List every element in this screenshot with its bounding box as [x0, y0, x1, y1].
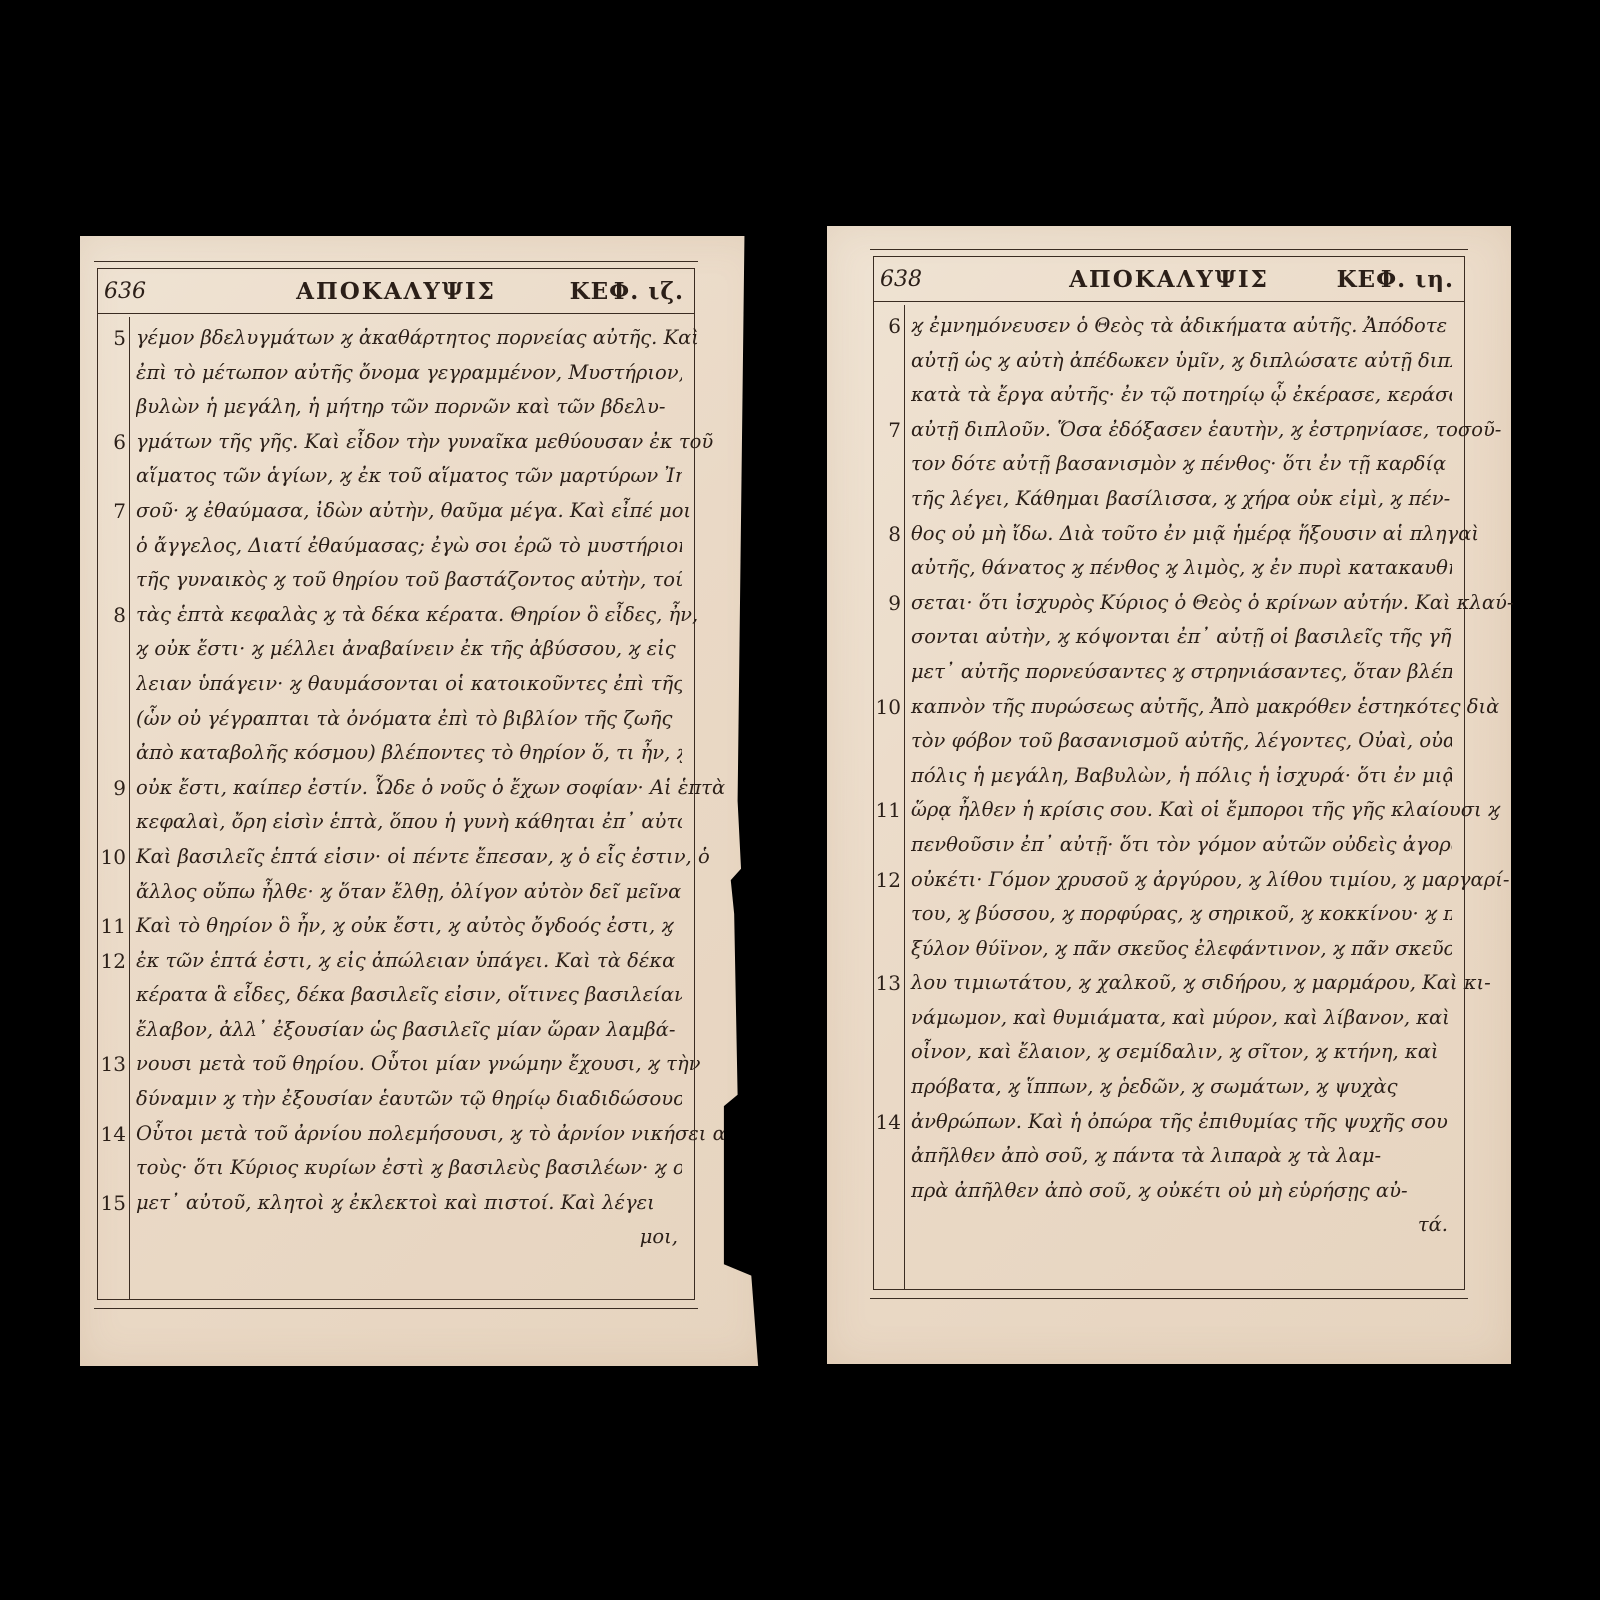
verse-number: 8 — [875, 517, 901, 552]
text-line: ἔλαβον, ἀλλ᾽ ἐξουσίαν ὡς βασιλεῖς μίαν ὥ… — [136, 1013, 682, 1048]
line-text: ὥρᾳ ἦλθεν ἡ κρίσις σου. Καὶ οἱ ἔμποροι τ… — [911, 798, 1500, 821]
text-line: 7αὐτῇ διπλοῦν. Ὅσα ἐδόξασεν ἑαυτὴν, ϗ ἐσ… — [911, 413, 1452, 448]
text-block: 6ϗ ἐμνημόνευσεν ὁ Θεὸς τὰ ἀδικήματα αὐτῆ… — [911, 309, 1452, 1243]
text-line: ἀπὸ καταβολῆς κόσμου) βλέποντες τὸ θηρίο… — [136, 736, 682, 771]
line-text: οὐκέτι· Γόμον χρυσοῦ ϗ ἀργύρου, ϗ λίθου … — [911, 868, 1509, 891]
top-rule — [870, 249, 1468, 250]
text-line: τον δότε αὐτῇ βασανισμὸν ϗ πένθος· ὅτι ἐ… — [911, 447, 1452, 482]
right-page: 638 ΑΠΟΚΑΛΥΨΙΣ ΚΕΦ. ιη. 6ϗ ἐμνημόνευσεν … — [827, 226, 1511, 1364]
text-block: 5γέμον βδελυγμάτων ϗ ἀκαθάρτητος πορνεία… — [136, 321, 682, 1255]
top-rule — [94, 261, 698, 262]
line-text: καπνὸν τῆς πυρώσεως αὐτῆς, Ἀπὸ μακρόθεν … — [911, 695, 1499, 718]
line-text: λου τιμιωτάτου, ϗ χαλκοῦ, ϗ σιδήρου, ϗ μ… — [911, 971, 1491, 994]
text-line: βυλὼν ἡ μεγάλη, ἡ μήτηρ τῶν πορνῶν καὶ τ… — [136, 390, 682, 425]
header-rule — [98, 313, 694, 314]
line-text: κέρατα ἃ εἶδες, δέκα βασιλεῖς εἰσιν, οἵτ… — [136, 983, 682, 1006]
line-text: του, ϗ βύσσου, ϗ πορφύρας, ϗ σηρικοῦ, ϗ … — [911, 902, 1452, 925]
text-line: 9σεται· ὅτι ἰσχυρὸς Κύριος ὁ Θεὸς ὁ κρίν… — [911, 586, 1452, 621]
line-text: πενθοῦσιν ἐπ᾽ αὐτῇ· ὅτι τὸν γόμον αὐτῶν … — [911, 833, 1452, 856]
text-line: 13νουσι μετὰ τοῦ θηρίου. Οὗτοι μίαν γνώμ… — [136, 1047, 682, 1082]
text-line: ἐπὶ τὸ μέτωπον αὐτῆς ὄνομα γεγραμμένον, … — [136, 356, 682, 391]
text-line: οἶνον, καὶ ἔλαιον, ϗ σεμίδαλιν, ϗ σῖτον,… — [911, 1035, 1452, 1070]
line-text: (ὧν οὐ γέγραπται τὰ ὀνόματα ἐπὶ τὸ βιβλί… — [136, 707, 672, 730]
line-text: μετ᾽ αὐτῆς πορνεύσαντες ϗ στρηνιάσαντες,… — [911, 660, 1452, 683]
page-frame: 636 ΑΠΟΚΑΛΥΨΙΣ ΚΕΦ. ιζ. 5γέμον βδελυγμάτ… — [97, 268, 695, 1300]
line-text: σεται· ὅτι ἰσχυρὸς Κύριος ὁ Θεὸς ὁ κρίνω… — [911, 591, 1513, 614]
line-text: ἀπῆλθεν ἀπὸ σοῦ, ϗ πάντα τὰ λιπαρὰ ϗ τὰ … — [911, 1144, 1381, 1167]
line-text: αὐτῆς, θάνατος ϗ πένθος ϗ λιμὸς, ϗ ἐν πυ… — [911, 556, 1452, 579]
text-line: κατὰ τὰ ἔργα αὐτῆς· ἐν τῷ ποτηρίῳ ᾧ ἐκέρ… — [911, 378, 1452, 413]
header-rule — [874, 301, 1464, 302]
running-head: 636 ΑΠΟΚΑΛΥΨΙΣ ΚΕΦ. ιζ. — [98, 273, 694, 309]
line-text: νάμωμον, καὶ θυμιάματα, καὶ μύρον, καὶ λ… — [911, 1006, 1450, 1029]
text-line: 14Οὗτοι μετὰ τοῦ ἀρνίου πολεμήσουσι, ϗ τ… — [136, 1117, 682, 1152]
text-line: 12οὐκέτι· Γόμον χρυσοῦ ϗ ἀργύρου, ϗ λίθο… — [911, 863, 1452, 898]
line-text: κατὰ τὰ ἔργα αὐτῆς· ἐν τῷ ποτηρίῳ ᾧ ἐκέρ… — [911, 383, 1452, 406]
line-text: αἵματος τῶν ἁγίων, ϗ ἐκ τοῦ αἵματος τῶν … — [136, 464, 682, 487]
line-text: δύναμιν ϗ τὴν ἐξουσίαν ἑαυτῶν τῷ θηρίῳ δ… — [136, 1087, 682, 1110]
text-line: 15μετ᾽ αὐτοῦ, κλητοὶ ϗ ἐκλεκτοὶ καὶ πιστ… — [136, 1186, 682, 1221]
verse-number: 7 — [875, 413, 901, 448]
text-line: ξύλον θύϊνον, ϗ πᾶν σκεῦος ἐλεφάντινον, … — [911, 932, 1452, 967]
text-line: τὸν φόβον τοῦ βασανισμοῦ αὐτῆς, λέγοντες… — [911, 724, 1452, 759]
line-text: σοῦ· ϗ ἐθαύμασα, ἰδὼν αὐτὴν, θαῦμα μέγα.… — [136, 499, 691, 522]
verse-number: 14 — [100, 1117, 126, 1152]
text-line: 8τὰς ἑπτὰ κεφαλὰς ϗ τὰ δέκα κέρατα. Θηρί… — [136, 598, 682, 633]
line-text: κεφαλαὶ, ὄρη εἰσὶν ἑπτὰ, ὅπου ἡ γυνὴ κάθ… — [136, 810, 682, 833]
line-text: ἀνθρώπων. Καὶ ἡ ὀπώρα τῆς ἐπιθυμίας τῆς … — [911, 1110, 1448, 1133]
chapter-label: ΚΕΦ. ιζ. — [570, 278, 684, 305]
verse-number: 13 — [875, 966, 901, 1001]
line-text: ὁ ἄγγελος, Διατί ἐθαύμασας; ἐγὼ σοι ἐρῶ … — [136, 534, 682, 557]
line-text: Καὶ βασιλεῖς ἑπτά εἰσιν· οἱ πέντε ἔπεσαν… — [136, 845, 710, 868]
text-line: κεφαλαὶ, ὄρη εἰσὶν ἑπτὰ, ὅπου ἡ γυνὴ κάθ… — [136, 805, 682, 840]
line-text: τὸν φόβον τοῦ βασανισμοῦ αὐτῆς, λέγοντες… — [911, 729, 1452, 752]
line-text: τοὺς· ὅτι Κύριος κυρίων ἐστὶ ϗ βασιλεὺς … — [136, 1156, 682, 1179]
line-text: πρὰ ἀπῆλθεν ἀπὸ σοῦ, ϗ οὐκέτι οὐ μὴ εὑρή… — [911, 1179, 1408, 1202]
verse-number: 13 — [100, 1047, 126, 1082]
text-line: λειαν ὑπάγειν· ϗ θαυμάσονται οἱ κατοικοῦ… — [136, 667, 682, 702]
verse-number: 9 — [100, 771, 126, 806]
line-text: πόλις ἡ μεγάλη, Βαβυλὼν, ἡ πόλις ἡ ἰσχυρ… — [911, 764, 1452, 787]
verse-column-rule — [904, 305, 905, 1289]
verse-number: 12 — [875, 863, 901, 898]
text-line: 7σοῦ· ϗ ἐθαύμασα, ἰδὼν αὐτὴν, θαῦμα μέγα… — [136, 494, 682, 529]
text-line: 12ἐκ τῶν ἑπτά ἐστι, ϗ εἰς ἀπώλειαν ὑπάγε… — [136, 944, 682, 979]
verse-number: 10 — [100, 840, 126, 875]
line-text: τῆς λέγει, Κάθημαι βασίλισσα, ϗ χήρα οὐκ… — [911, 487, 1450, 510]
line-text: οἶνον, καὶ ἔλαιον, ϗ σεμίδαλιν, ϗ σῖτον,… — [911, 1040, 1439, 1063]
line-text: ξύλον θύϊνον, ϗ πᾶν σκεῦος ἐλεφάντινον, … — [911, 937, 1452, 960]
line-text: οὐκ ἔστι, καίπερ ἐστίν. Ὧδε ὁ νοῦς ὁ ἔχω… — [136, 776, 725, 799]
verse-number: 9 — [875, 586, 901, 621]
line-text: μετ᾽ αὐτοῦ, κλητοὶ ϗ ἐκλεκτοὶ καὶ πιστοί… — [136, 1191, 655, 1214]
line-text: θος οὐ μὴ ἴδω. Διὰ τοῦτο ἐν μιᾷ ἡμέρᾳ ἥξ… — [911, 522, 1479, 545]
text-line: του, ϗ βύσσου, ϗ πορφύρας, ϗ σηρικοῦ, ϗ … — [911, 897, 1452, 932]
verse-number: 8 — [100, 598, 126, 633]
text-line: πρόβατα, ϗ ἵππων, ϗ ῥεδῶν, ϗ σωμάτων, ϗ … — [911, 1070, 1452, 1105]
page-frame: 638 ΑΠΟΚΑΛΥΨΙΣ ΚΕΦ. ιη. 6ϗ ἐμνημόνευσεν … — [873, 256, 1465, 1290]
text-line: 11ὥρᾳ ἦλθεν ἡ κρίσις σου. Καὶ οἱ ἔμποροι… — [911, 793, 1452, 828]
text-line: ἄλλος οὔπω ἦλθε· ϗ ὅταν ἔλθῃ, ὀλίγον αὐτ… — [136, 875, 682, 910]
text-line: αὐτῆς, θάνατος ϗ πένθος ϗ λιμὸς, ϗ ἐν πυ… — [911, 551, 1452, 586]
line-text: γέμον βδελυγμάτων ϗ ἀκαθάρτητος πορνείας… — [136, 326, 699, 349]
line-text: ἀπὸ καταβολῆς κόσμου) βλέποντες τὸ θηρίο… — [136, 741, 682, 764]
text-line: πόλις ἡ μεγάλη, Βαβυλὼν, ἡ πόλις ἡ ἰσχυρ… — [911, 759, 1452, 794]
text-line: 13λου τιμιωτάτου, ϗ χαλκοῦ, ϗ σιδήρου, ϗ… — [911, 966, 1452, 1001]
bottom-rule — [870, 1298, 1468, 1299]
text-line: 5γέμον βδελυγμάτων ϗ ἀκαθάρτητος πορνεία… — [136, 321, 682, 356]
text-line: ϗ οὐκ ἔστι· ϗ μέλλει ἀναβαίνειν ἐκ τῆς ἀ… — [136, 632, 682, 667]
line-text: γμάτων τῆς γῆς. Καὶ εἶδον τὴν γυναῖκα με… — [136, 430, 713, 453]
verse-number: 7 — [100, 494, 126, 529]
text-line: πρὰ ἀπῆλθεν ἀπὸ σοῦ, ϗ οὐκέτι οὐ μὴ εὑρή… — [911, 1174, 1452, 1209]
line-text: τον δότε αὐτῇ βασανισμὸν ϗ πένθος· ὅτι ἐ… — [911, 452, 1452, 475]
line-text: ἄλλος οὔπω ἦλθε· ϗ ὅταν ἔλθῃ, ὀλίγον αὐτ… — [136, 880, 682, 903]
bottom-rule — [94, 1308, 698, 1309]
text-line: μετ᾽ αὐτῆς πορνεύσαντες ϗ στρηνιάσαντες,… — [911, 655, 1452, 690]
line-text: ϗ οὐκ ἔστι· ϗ μέλλει ἀναβαίνειν ἐκ τῆς ἀ… — [136, 637, 682, 660]
verse-number: 10 — [875, 690, 901, 725]
running-head: 638 ΑΠΟΚΑΛΥΨΙΣ ΚΕΦ. ιη. — [874, 261, 1464, 297]
verse-number: 15 — [100, 1186, 126, 1221]
verse-number: 14 — [875, 1105, 901, 1140]
text-line: αἵματος τῶν ἁγίων, ϗ ἐκ τοῦ αἵματος τῶν … — [136, 459, 682, 494]
line-text: τὰς ἑπτὰ κεφαλὰς ϗ τὰ δέκα κέρατα. Θηρίο… — [136, 603, 698, 626]
text-line: ὁ ἄγγελος, Διατί ἐθαύμασας; ἐγὼ σοι ἐρῶ … — [136, 529, 682, 564]
catchword: τά. — [911, 1208, 1452, 1243]
text-line: 9οὐκ ἔστι, καίπερ ἐστίν. Ὧδε ὁ νοῦς ὁ ἔχ… — [136, 771, 682, 806]
line-text: ἔλαβον, ἀλλ᾽ ἐξουσίαν ὡς βασιλεῖς μίαν ὥ… — [136, 1018, 675, 1041]
text-line: (ὧν οὐ γέγραπται τὰ ὀνόματα ἐπὶ τὸ βιβλί… — [136, 702, 682, 737]
text-line: νάμωμον, καὶ θυμιάματα, καὶ μύρον, καὶ λ… — [911, 1001, 1452, 1036]
text-line: 6γμάτων τῆς γῆς. Καὶ εἶδον τὴν γυναῖκα μ… — [136, 425, 682, 460]
text-line: κέρατα ἃ εἶδες, δέκα βασιλεῖς εἰσιν, οἵτ… — [136, 978, 682, 1013]
left-page: 636 ΑΠΟΚΑΛΥΨΙΣ ΚΕΦ. ιζ. 5γέμον βδελυγμάτ… — [80, 236, 765, 1366]
text-line: αὐτῇ ὡς ϗ αὐτὴ ἀπέδωκεν ὑμῖν, ϗ διπλώσατ… — [911, 344, 1452, 379]
text-line: 8θος οὐ μὴ ἴδω. Διὰ τοῦτο ἐν μιᾷ ἡμέρᾳ ἥ… — [911, 517, 1452, 552]
line-text: Οὗτοι μετὰ τοῦ ἀρνίου πολεμήσουσι, ϗ τὸ … — [136, 1122, 744, 1145]
text-line: 10καπνὸν τῆς πυρώσεως αὐτῆς, Ἀπὸ μακρόθε… — [911, 690, 1452, 725]
line-text: λειαν ὑπάγειν· ϗ θαυμάσονται οἱ κατοικοῦ… — [136, 672, 682, 695]
line-text: σονται αὐτὴν, ϗ κόψονται ἐπ᾽ αὐτῇ οἱ βασ… — [911, 625, 1452, 648]
text-line: τοὺς· ὅτι Κύριος κυρίων ἐστὶ ϗ βασιλεὺς … — [136, 1151, 682, 1186]
text-line: ἀπῆλθεν ἀπὸ σοῦ, ϗ πάντα τὰ λιπαρὰ ϗ τὰ … — [911, 1139, 1452, 1174]
line-text: ἐπὶ τὸ μέτωπον αὐτῆς ὄνομα γεγραμμένον, … — [136, 361, 682, 384]
line-text: αὐτῇ διπλοῦν. Ὅσα ἐδόξασεν ἑαυτὴν, ϗ ἐστ… — [911, 418, 1501, 441]
verse-number: 11 — [875, 793, 901, 828]
text-line: τῆς λέγει, Κάθημαι βασίλισσα, ϗ χήρα οὐκ… — [911, 482, 1452, 517]
line-text: νουσι μετὰ τοῦ θηρίου. Οὗτοι μίαν γνώμην… — [136, 1052, 700, 1075]
text-line: δύναμιν ϗ τὴν ἐξουσίαν ἑαυτῶν τῷ θηρίῳ δ… — [136, 1082, 682, 1117]
text-line: 6ϗ ἐμνημόνευσεν ὁ Θεὸς τὰ ἀδικήματα αὐτῆ… — [911, 309, 1452, 344]
verse-number: 6 — [875, 309, 901, 344]
text-line: 10Καὶ βασιλεῖς ἑπτά εἰσιν· οἱ πέντε ἔπεσ… — [136, 840, 682, 875]
line-text: ἐκ τῶν ἑπτά ἐστι, ϗ εἰς ἀπώλειαν ὑπάγει.… — [136, 949, 675, 972]
text-line: πενθοῦσιν ἐπ᾽ αὐτῇ· ὅτι τὸν γόμον αὐτῶν … — [911, 828, 1452, 863]
chapter-label: ΚΕΦ. ιη. — [1337, 266, 1454, 293]
text-line: σονται αὐτὴν, ϗ κόψονται ἐπ᾽ αὐτῇ οἱ βασ… — [911, 620, 1452, 655]
text-line: 11Καὶ τὸ θηρίον ὃ ἦν, ϗ οὐκ ἔστι, ϗ αὐτὸ… — [136, 909, 682, 944]
verse-number: 11 — [100, 909, 126, 944]
line-text: Καὶ τὸ θηρίον ὃ ἦν, ϗ οὐκ ἔστι, ϗ αὐτὸς … — [136, 914, 674, 937]
line-text: αὐτῇ ὡς ϗ αὐτὴ ἀπέδωκεν ὑμῖν, ϗ διπλώσατ… — [911, 349, 1452, 372]
verse-number: 5 — [100, 321, 126, 356]
line-text: βυλὼν ἡ μεγάλη, ἡ μήτηρ τῶν πορνῶν καὶ τ… — [136, 395, 665, 418]
catchword: μοι, — [136, 1220, 682, 1255]
text-line: 14ἀνθρώπων. Καὶ ἡ ὀπώρα τῆς ἐπιθυμίας τῆ… — [911, 1105, 1452, 1140]
verse-number: 6 — [100, 425, 126, 460]
verse-number: 12 — [100, 944, 126, 979]
line-text: τῆς γυναικὸς ϗ τοῦ θηρίου τοῦ βαστάζοντο… — [136, 568, 682, 591]
line-text: ϗ ἐμνημόνευσεν ὁ Θεὸς τὰ ἀδικήματα αὐτῆς… — [911, 314, 1447, 337]
text-line: τῆς γυναικὸς ϗ τοῦ θηρίου τοῦ βαστάζοντο… — [136, 563, 682, 598]
line-text: πρόβατα, ϗ ἵππων, ϗ ῥεδῶν, ϗ σωμάτων, ϗ … — [911, 1075, 1398, 1098]
verse-column-rule — [129, 317, 130, 1299]
